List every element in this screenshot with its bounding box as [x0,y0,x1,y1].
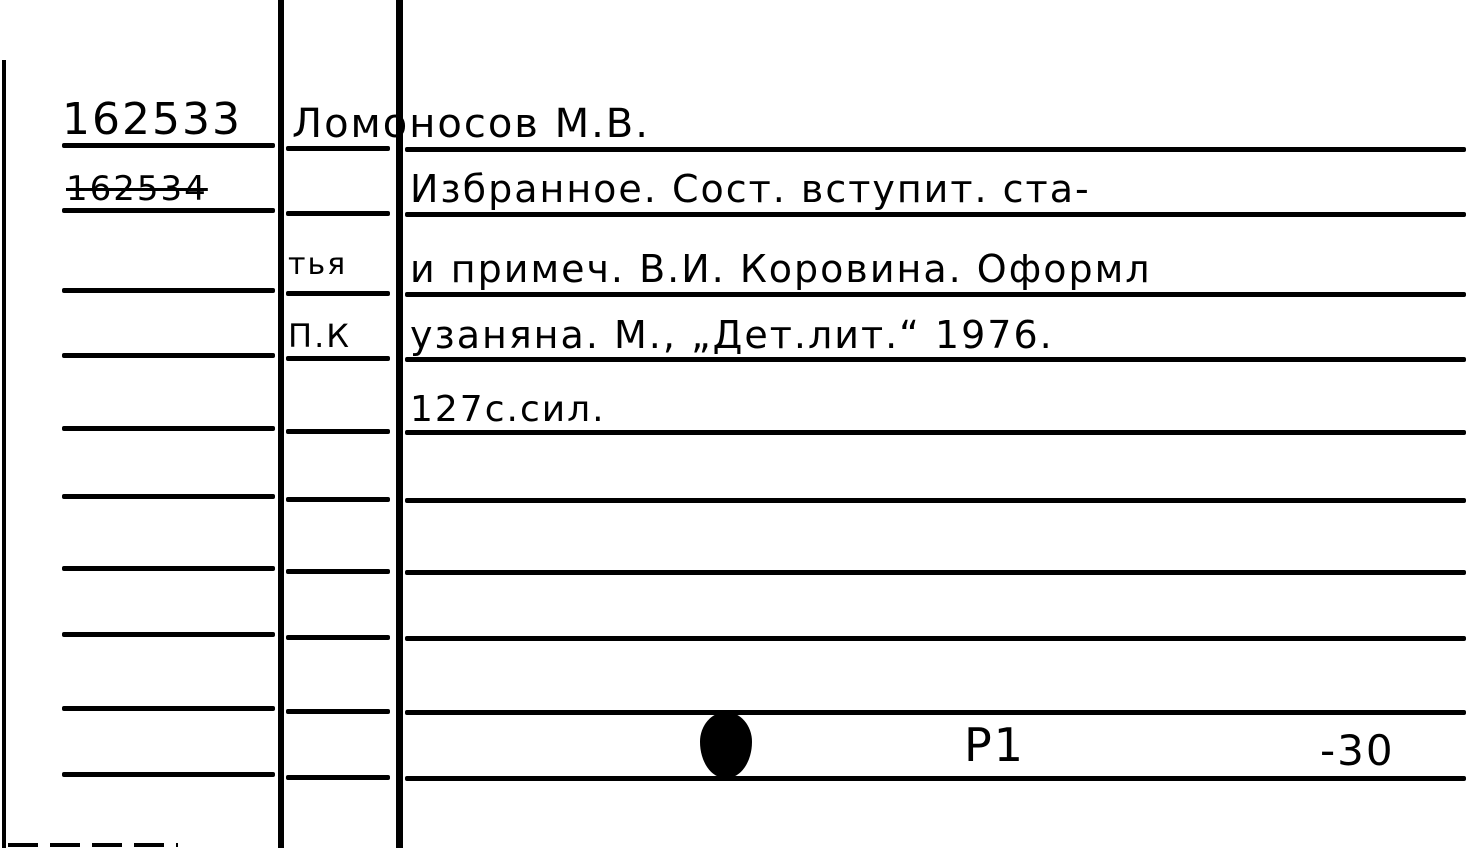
ruled-line [286,569,390,574]
catalog-card: 162533 162534 Ломоносов М.В. тья П.К Изб… [0,0,1472,848]
ruled-line [286,356,390,361]
ruled-line [286,211,390,216]
body-line-4: 127с.сил. [410,392,606,428]
margin-note-line-3: П.К [288,320,351,352]
ruled-line [62,632,275,637]
ruled-line [405,357,1466,362]
bottom-edge-marks [8,843,178,847]
ruled-line [405,430,1466,435]
column-divider-1 [278,0,284,848]
ruled-line [405,212,1466,217]
ruled-line [405,570,1466,575]
left-edge-line [2,60,6,848]
ruled-line [62,288,275,293]
ruled-line [62,566,275,571]
ruled-line [286,429,390,434]
ruled-line [286,497,390,502]
body-line-3: узаняна. М., „Дет.лит.“ 1976. [410,316,1054,354]
ruled-line [62,494,275,499]
ruled-line [286,709,390,714]
ruled-line [405,636,1466,641]
body-line-2: и примеч. В.И. Коровина. Оформл [410,250,1152,288]
ruled-line [405,498,1466,503]
ruled-line [62,706,275,711]
ruled-line [286,635,390,640]
ruled-line [286,775,390,780]
ruled-line [405,292,1466,297]
author-heading: Ломоносов М.В. [292,104,650,144]
ruled-line [286,291,390,296]
ruled-line [405,776,1466,781]
classification-code: Р1 [964,722,1025,768]
call-number-primary: 162533 [62,98,242,142]
call-number-struck: 162534 [66,172,208,206]
ruled-line [62,772,275,777]
ruled-line [405,147,1466,152]
margin-note-line-2: тья [288,250,347,280]
body-line-1: Избранное. Сост. вступит. ста- [410,170,1091,208]
price: -30 [1320,730,1395,772]
ink-blot-icon [700,712,752,778]
ruled-line [405,710,1466,715]
ruled-line [62,426,275,431]
ruled-line [62,353,275,358]
